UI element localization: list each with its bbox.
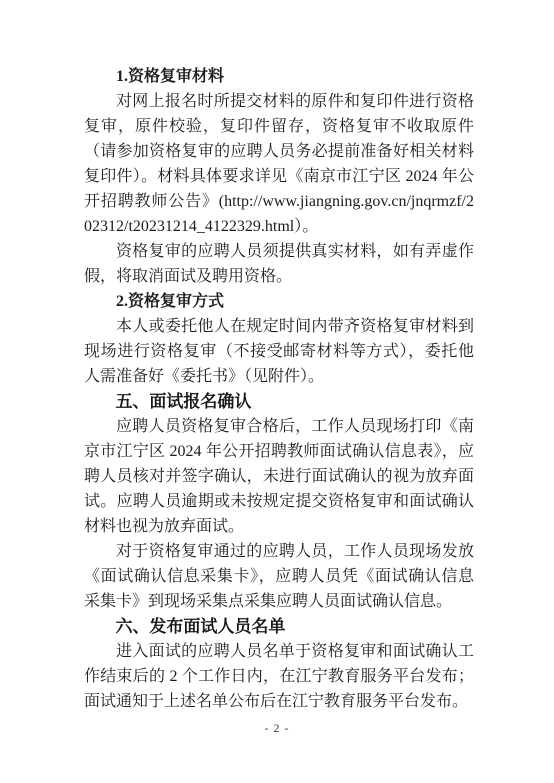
paragraph: 对网上报名时所提交材料的原件和复印件进行资格复审，原件校验，复印件留存，资格复审… bbox=[84, 89, 474, 239]
document-content: 1.资格复审材料 对网上报名时所提交材料的原件和复印件进行资格复审，原件校验，复… bbox=[84, 64, 474, 714]
section-heading-five: 五、面试报名确认 bbox=[84, 389, 474, 414]
sub-heading-2: 2.资格复审方式 bbox=[84, 289, 474, 314]
document-page: 1.资格复审材料 对网上报名时所提交材料的原件和复印件进行资格复审，原件校验，复… bbox=[0, 0, 554, 783]
paragraph: 进入面试的应聘人员名单于资格复审和面试确认工作结束后的 2 个工作日内，在江宁教… bbox=[84, 639, 474, 714]
paragraph: 应聘人员资格复审合格后，工作人员现场打印《南京市江宁区 2024 年公开招聘教师… bbox=[84, 414, 474, 539]
page-number: - 2 - bbox=[0, 721, 554, 736]
paragraph: 本人或委托他人在规定时间内带齐资格复审材料到现场进行资格复审（不接受邮寄材料等方… bbox=[84, 314, 474, 389]
section-heading-six: 六、发布面试人员名单 bbox=[84, 614, 474, 639]
sub-heading-1: 1.资格复审材料 bbox=[84, 64, 474, 89]
paragraph: 对于资格复审通过的应聘人员，工作人员现场发放《面试确认信息采集卡》，应聘人员凭《… bbox=[84, 539, 474, 614]
paragraph: 资格复审的应聘人员须提供真实材料，如有弄虚作假，将取消面试及聘用资格。 bbox=[84, 239, 474, 289]
